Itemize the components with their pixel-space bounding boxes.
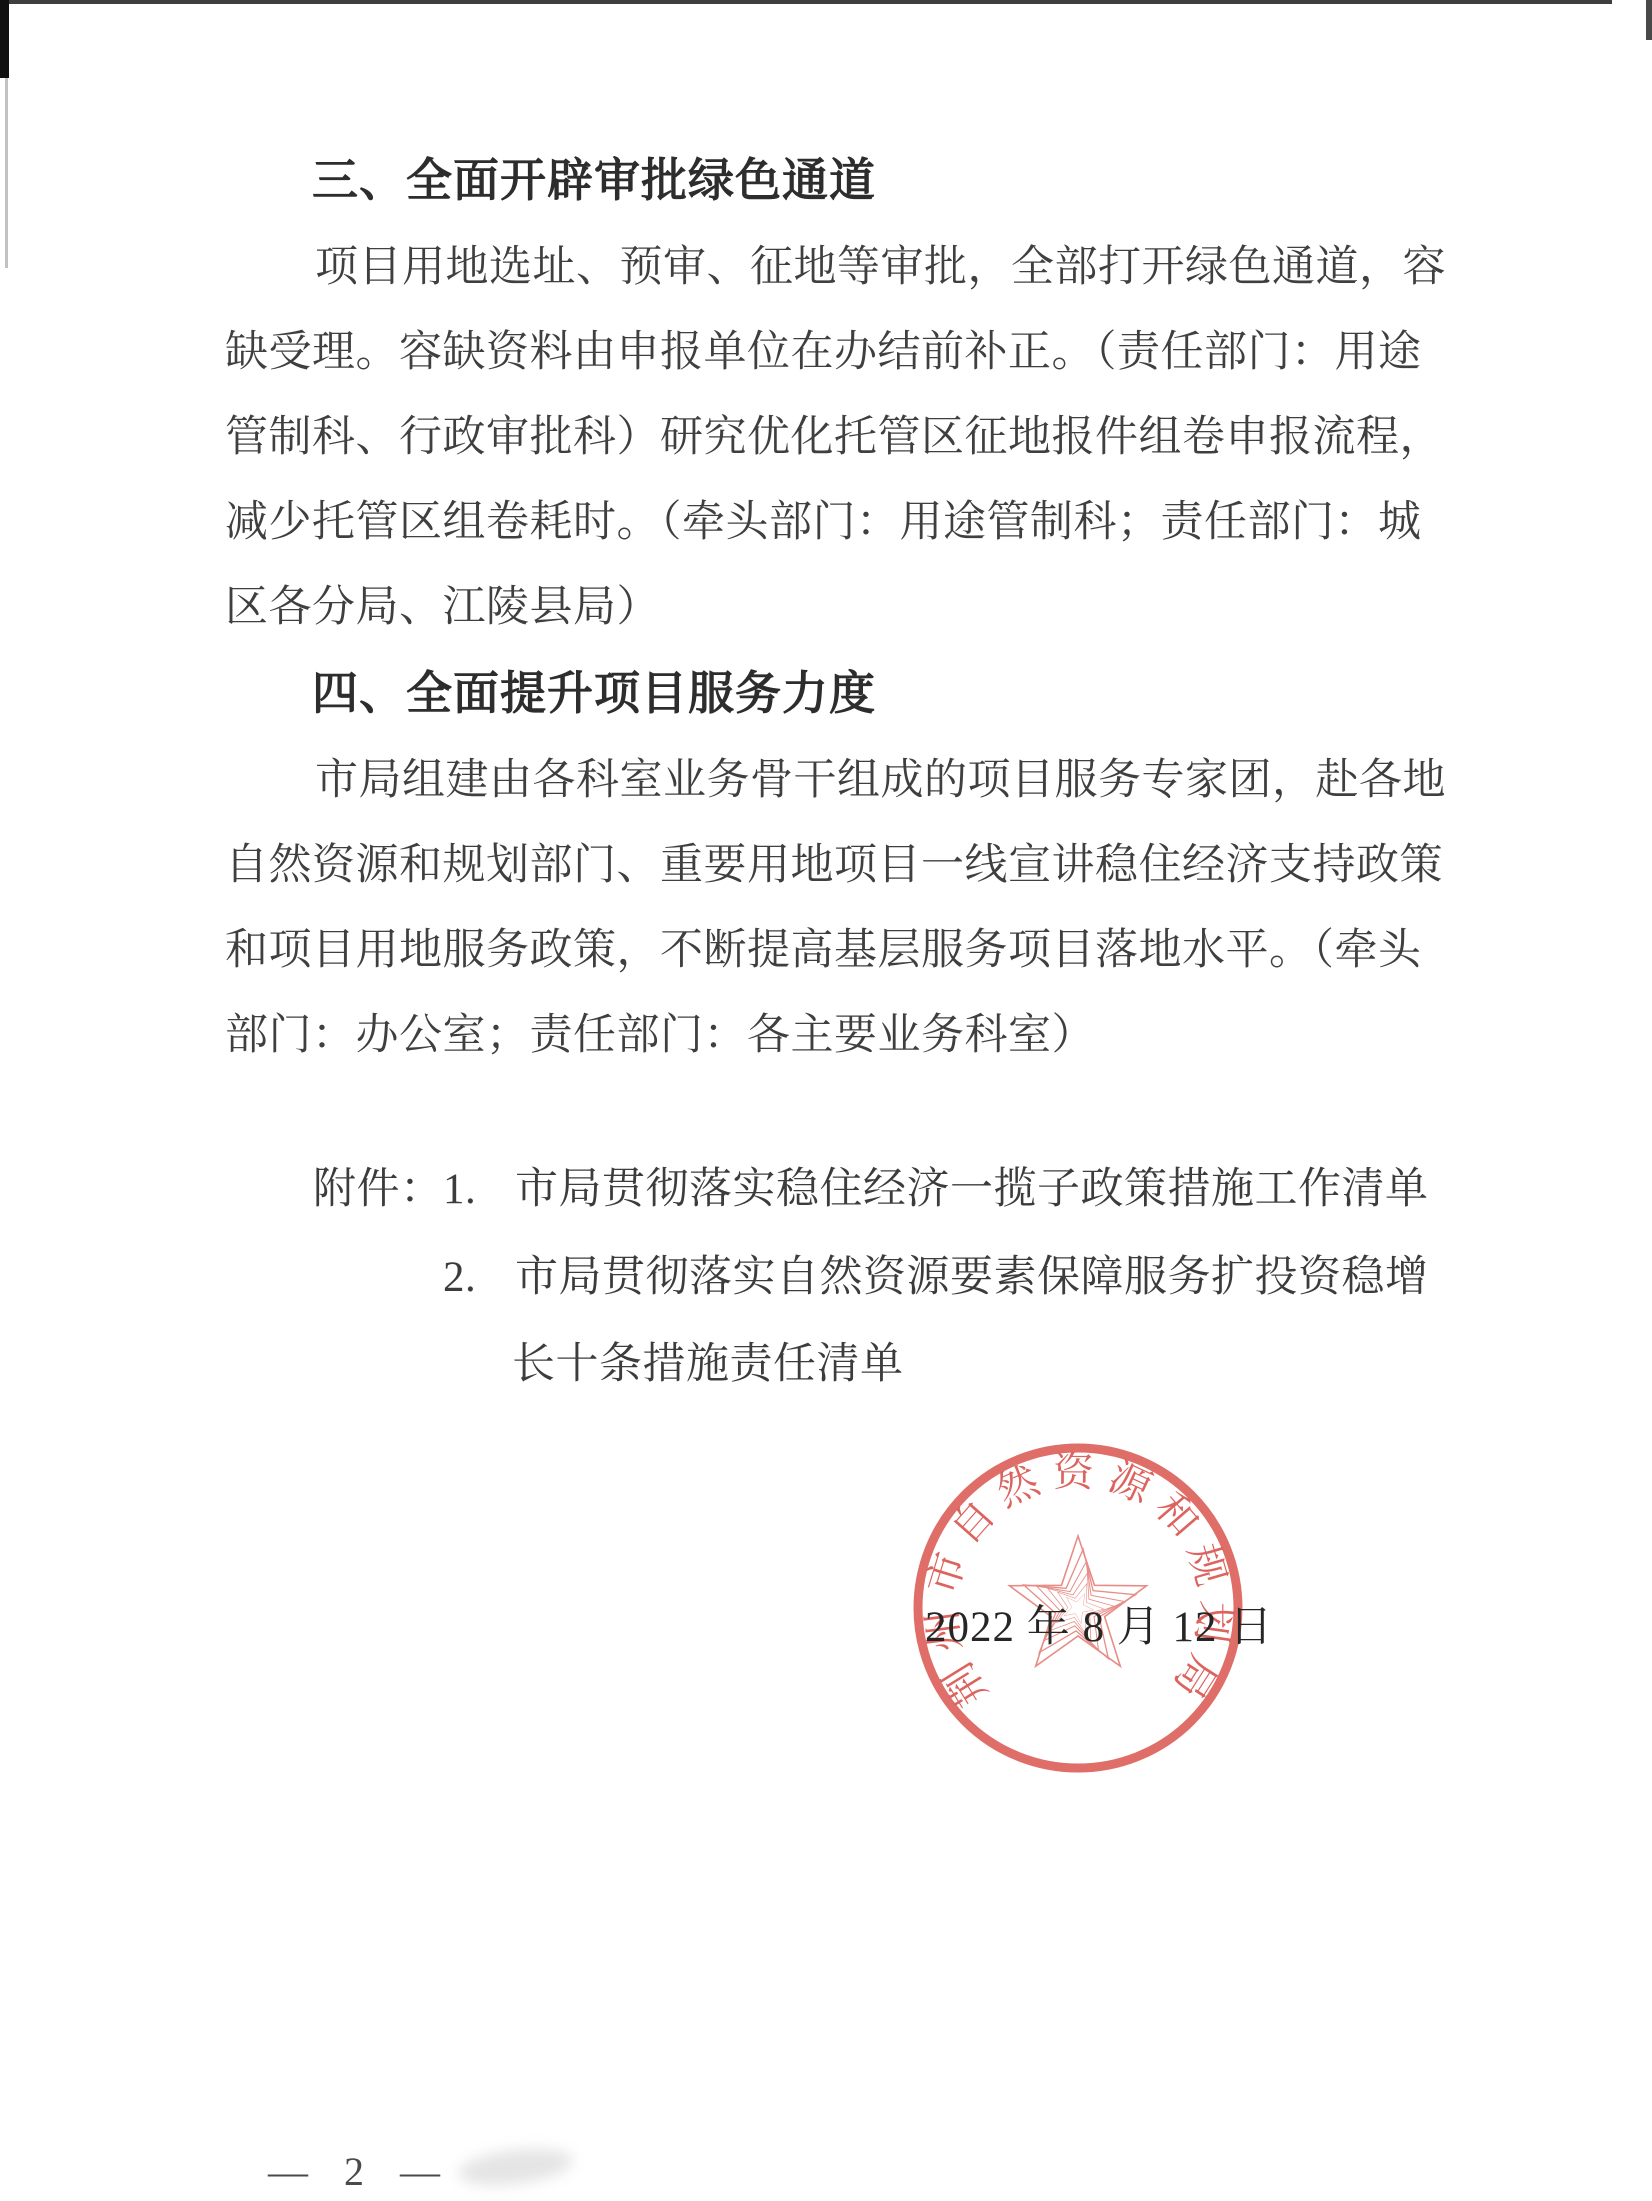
scan-edge-artifact-right (1646, 0, 1652, 40)
body-line: 自然资源和规划部门、重要用地项目一线宣讲稳住经济支持政策 (225, 841, 1443, 890)
document-page: 三、全面开辟审批绿色通道 项目用地选址、预审、征地等审批，全部打开绿色通道，容 … (0, 0, 1652, 2201)
scan-smudge-artifact (456, 2143, 574, 2191)
scan-edge-artifact-left-line (5, 78, 8, 268)
page-number: — 2 — (268, 2148, 442, 2195)
body-line: 部门：办公室；责任部门：各主要业务科室） (225, 1011, 1095, 1060)
issue-date: 2022 年 8 月 12 日 (925, 1593, 1273, 1654)
attachment-item-text: 市局贯彻落实稳住经济一揽子政策措施工作清单 (515, 1165, 1429, 1214)
scan-edge-artifact-left (0, 0, 9, 78)
body-line: 缺受理。容缺资料由申报单位在办结前补正。（责任部门：用途 (225, 328, 1422, 377)
body-line: 区各分局、江陵县局） (225, 583, 660, 632)
attachment-item-text: 市局贯彻落实自然资源要素保障服务扩投资稳增 (515, 1253, 1429, 1302)
attachment-item-number: 2. (443, 1253, 476, 1302)
attachment-label: 附件： (313, 1165, 444, 1214)
body-line: 项目用地选址、预审、征地等审批，全部打开绿色通道，容 (315, 243, 1446, 292)
section-3-heading: 三、全面开辟审批绿色通道 (312, 155, 876, 206)
body-line: 管制科、行政审批科）研究优化托管区征地报件组卷申报流程， (225, 413, 1443, 462)
body-line: 减少托管区组卷耗时。（牵头部门：用途管制科；责任部门：城 (225, 498, 1422, 547)
body-line: 和项目用地服务政策，不断提高基层服务项目落地水平。（牵头 (225, 926, 1422, 975)
section-4-heading: 四、全面提升项目服务力度 (312, 668, 876, 719)
attachment-item-text: 长十条措施责任清单 (512, 1340, 904, 1389)
scan-edge-artifact-top (0, 0, 1612, 4)
body-line: 市局组建由各科室业务骨干组成的项目服务专家团，赴各地 (315, 756, 1446, 805)
attachment-item-number: 1. (443, 1165, 476, 1214)
